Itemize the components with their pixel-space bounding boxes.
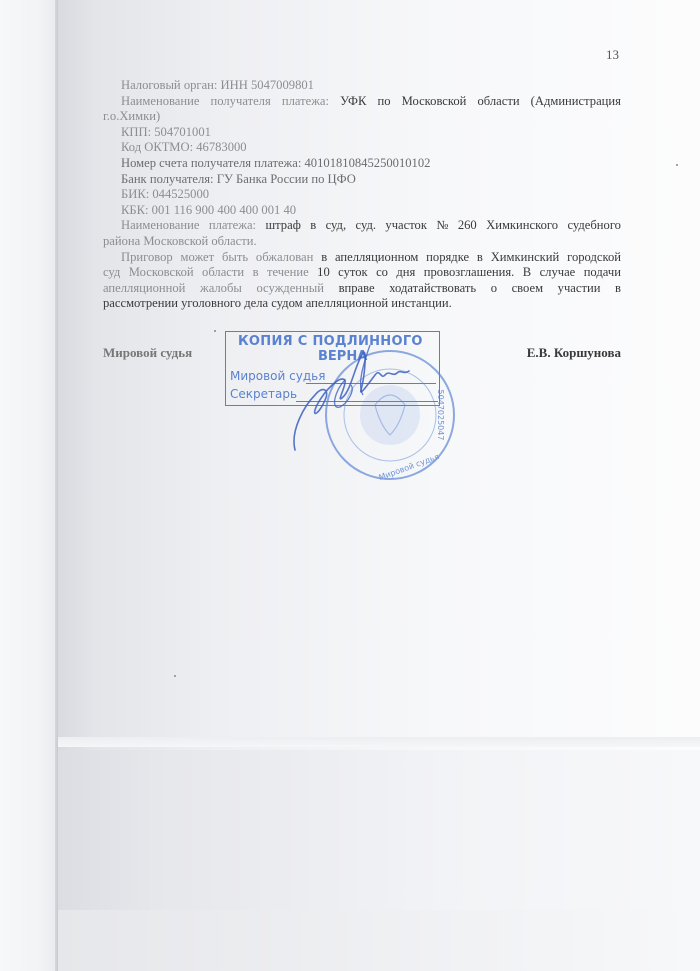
word: апелляционном [335,250,418,266]
word: обжалован [256,250,313,266]
appeal-line-2: судМосковскойобластивтечение10сутоксодня… [103,265,621,281]
word: судебного [567,218,621,234]
word: платежа: [282,94,329,110]
word: по [377,94,390,110]
word: Наименование [121,94,199,110]
word: Химкинский [491,250,560,266]
word: участок [385,218,427,234]
word: течение [267,265,309,281]
tax-authority-line: Налоговый орган: ИНН 5047009801 [103,78,621,94]
appeal-line-3: апелляционнойжалобыосужденныйвправеходат… [103,281,621,297]
word: со [376,265,388,281]
word: 10 [317,265,330,281]
word: Московской [402,94,467,110]
word: Наименование [121,218,199,234]
recipient-name-line: Наименованиеполучателяплатежа:УФКпоМоско… [103,94,621,110]
word: штраф [265,218,300,234]
bank-line: Банк получателя: ГУ Банка России по ЦФО [103,172,621,188]
word: быть [222,250,248,266]
appeal-line-1: Приговорможетбытьобжалованвапелляционном… [103,250,621,266]
word: в [310,218,316,234]
scan-shadow-band [58,750,700,910]
payment-name-line: Наименованиеплатежа:штрафвсуд,суд.участо… [103,218,621,234]
page-number: 13 [606,47,619,63]
scan-band [58,737,700,747]
word: своем [512,281,543,297]
word: в [477,250,483,266]
scan-speck [174,675,176,677]
word: осужденный [256,281,324,297]
word: в [615,281,621,297]
word: суд, [326,218,346,234]
scan-band-bottom [58,910,700,971]
word: порядке [426,250,469,266]
adjacent-page-edge [0,0,58,971]
word: участии [558,281,601,297]
document-body: Налоговый орган: ИНН 5047009801 Наименов… [103,78,621,312]
word: В [523,265,531,281]
word: суд. [356,218,376,234]
word: № [436,218,448,234]
word: области [202,265,244,281]
word: области [477,94,519,110]
word: платежа: [209,218,256,234]
word: о [491,281,497,297]
judge-title: Мировой судья [103,345,192,361]
word: Московской [129,265,194,281]
word: городской [567,250,621,266]
word: в [321,250,327,266]
payment-name-continued: района Московской области. [103,234,621,250]
word: вправе [339,281,375,297]
word: (Администрация [531,94,621,110]
word: провозглашения. [424,265,515,281]
word: в [253,265,259,281]
word: апелляционной [103,281,185,297]
word: 260 [458,218,477,234]
word: может [181,250,215,266]
word: дня [396,265,415,281]
appeal-line-4: рассмотрении уголовного дела судом апелл… [103,296,621,312]
word: суд [103,265,120,281]
oktmo-line: Код ОКТМО: 46783000 [103,140,621,156]
word: ходатайствовать [389,281,476,297]
word: подачи [584,265,621,281]
word: случае [540,265,576,281]
scan-speck [214,330,216,332]
judge-name: Е.В. Коршунова [527,345,621,361]
word: Приговор [121,250,173,266]
word: суток [338,265,367,281]
account-number-line: Номер счета получателя платежа: 40101810… [103,156,621,172]
kbk-line: КБК: 001 116 900 400 400 001 40 [103,203,621,219]
handwritten-signature-icon [285,335,425,455]
bik-line: БИК: 044525000 [103,187,621,203]
recipient-name-continued: г.о.Химки) [103,109,621,125]
word: Химкинского [486,218,558,234]
scan-speck [676,164,678,166]
word: УФК [340,94,366,110]
word: жалобы [200,281,242,297]
word: получателя [211,94,271,110]
kpp-line: КПП: 504701001 [103,125,621,141]
